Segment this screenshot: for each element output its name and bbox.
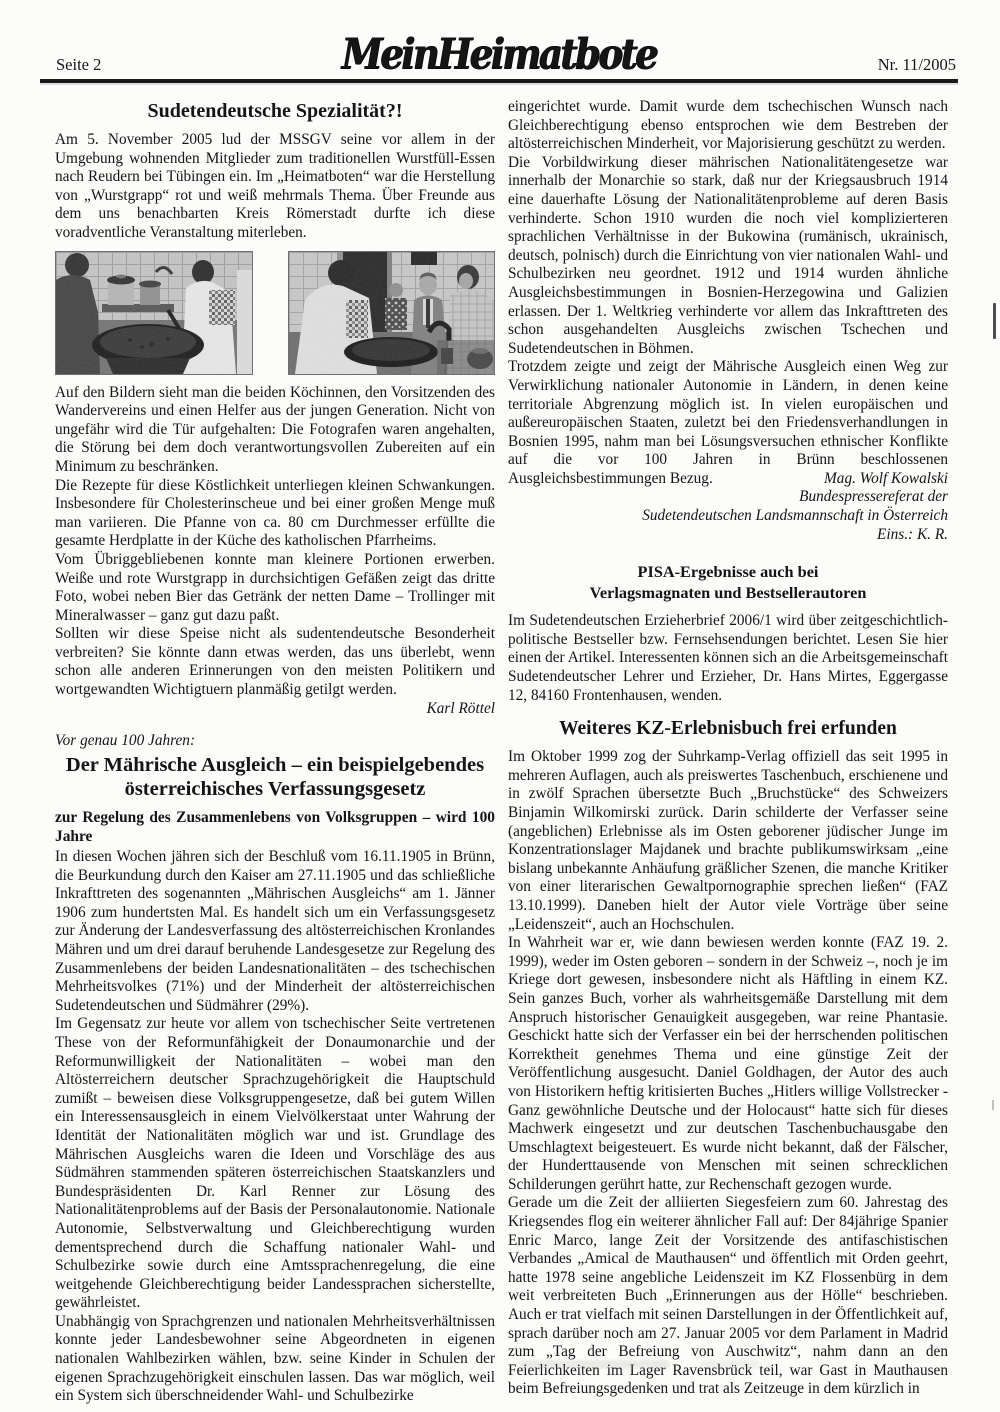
masthead-logo: MeinHeimatbote [342, 29, 656, 79]
article2-paragraph: Im Gegensatz zur heute vor allem von tsc… [55, 1015, 495, 1313]
signature-line: Sudetendeutschen Landsmannschaft in Öste… [508, 507, 948, 526]
signature-line: Bundespressereferat der [508, 488, 948, 507]
article3-paragraph: Im Sudetendeutschen Erzieherbrief 2006/1… [508, 612, 948, 705]
article2-continued-paragraph: eingerichtet wurde. Damit wurde dem tsch… [508, 98, 948, 154]
article1-byline-author: Karl Röttel [55, 700, 495, 719]
article1-paragraph: Vom Übriggebliebenen konnte man kleinere… [55, 551, 495, 625]
article4-title: Weiteres KZ-Erlebnisbuch frei erfunden [508, 717, 948, 741]
right-column: eingerichtet wurde. Damit wurde dem tsch… [508, 98, 948, 1406]
article4-paragraph: In Wahrheit war er, wie dann bewiesen we… [508, 934, 948, 1194]
scan-artifact [992, 1100, 994, 1110]
article2-paragraph: In diesen Wochen jähren sich der Beschlu… [55, 848, 495, 1015]
article2-paragraph: Unabhängig von Sprachgrenzen und nationa… [55, 1313, 495, 1406]
article4-paragraph: Im Oktober 1999 zog der Suhrkamp-Verlag … [508, 748, 948, 934]
article3-title-line1: PISA-Ergebnisse auch bei [638, 562, 819, 581]
scan-artifact [993, 303, 996, 339]
photo-2-kitchen-group-scene [289, 252, 494, 374]
article1-paragraph: Sollten wir diese Speise nicht als suden… [55, 625, 495, 699]
page-header: Seite 2 MeinHeimatbote Nr. 11/2005 [40, 0, 958, 83]
article3-title: PISA-Ergebnisse auch bei Verlagsmagnaten… [548, 561, 908, 603]
article1-title: Sudetendeutsche Spezialität?! [55, 99, 495, 123]
newspaper-page: Seite 2 MeinHeimatbote Nr. 11/2005 Sudet… [0, 0, 1000, 1412]
article2-title: Der Mährische Ausgleich – ein beispielge… [59, 753, 491, 802]
article2-kicker: Vor genau 100 Jahren: [55, 732, 495, 751]
photo-1-cooking-scene [56, 252, 252, 374]
article1-paragraph: Die Rezepte für diese Köstlichkeit unter… [55, 477, 495, 551]
article1-paragraph: Auf den Bildern sieht man die beiden Köc… [55, 384, 495, 477]
article2-continued-paragraph: Die Vorbildwirkung dieser mährischen Nat… [508, 154, 948, 359]
page-body: Sudetendeutsche Spezialität?! Am 5. Nove… [55, 98, 948, 1406]
left-column: Sudetendeutsche Spezialität?! Am 5. Nove… [55, 98, 495, 1406]
ghost-smudge [700, 1360, 760, 1369]
article1-intro-paragraph: Am 5. November 2005 lud der MSSGV seine … [55, 131, 495, 243]
ghost-smudge [520, 1360, 670, 1369]
article2-subtitle: zur Regelung des Zusammenlebens von Volk… [55, 808, 495, 847]
issue-number-label: Nr. 11/2005 [878, 55, 956, 75]
article2-continued-paragraph: Trotzdem zeigte und zeigt der Mährische … [508, 358, 948, 488]
article3-title-line2: Verlagsmagnaten und Bestsellerautoren [590, 583, 867, 602]
photo-strip [56, 252, 494, 374]
page-number-label: Seite 2 [56, 55, 101, 75]
signature-line: Eins.: K. R. [508, 526, 948, 545]
